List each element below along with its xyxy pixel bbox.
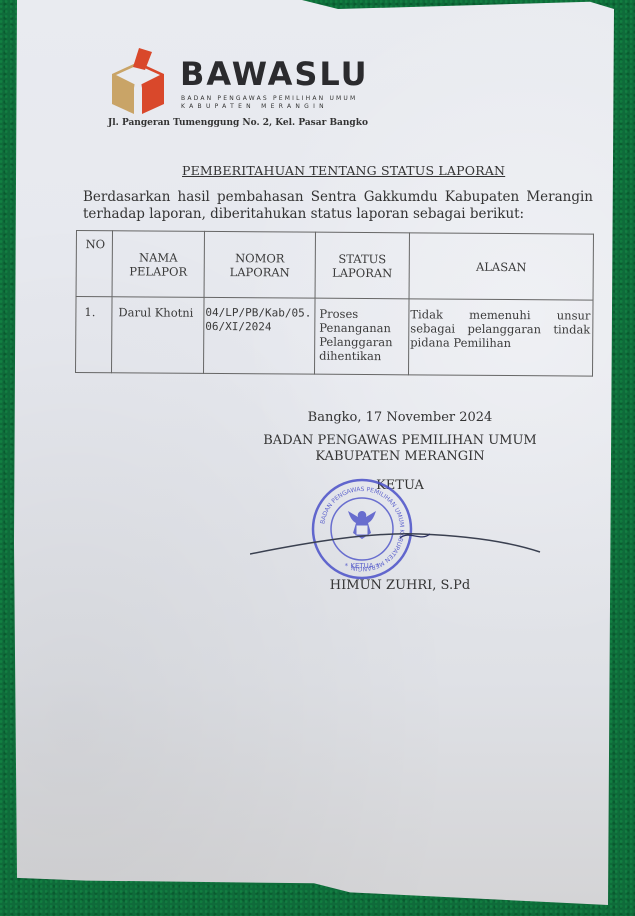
cell-nama-pelapor: Darul Khotni — [112, 297, 205, 374]
svg-text:* KETUA *: * KETUA * — [345, 562, 380, 570]
cell-no: 1. — [76, 297, 113, 373]
header-nomor-laporan: NOMOR LAPORAN — [204, 231, 315, 298]
header-no: NO — [76, 231, 112, 297]
brand-subtitle: BADAN PENGAWAS PEMILIHAN UMUM KABUPATEN … — [181, 95, 357, 111]
signatory-name: HIMUN ZUHRI, S.Pd — [300, 578, 500, 593]
header-nama-pelapor: NAMA PELAPOR — [112, 231, 204, 298]
org-line2: KABUPATEN MERANGIN — [250, 449, 550, 464]
table-row: 1. Darul Khotni 04/LP/PB/Kab/05.06/XI/20… — [76, 297, 594, 377]
report-status-table: NO NAMA PELAPOR NOMOR LAPORAN STATUS LAP… — [75, 230, 594, 377]
ballot-box-logo-icon — [108, 48, 168, 114]
brand-subtitle-line1: BADAN PENGAWAS PEMILIHAN UMUM — [181, 95, 357, 103]
document-title: PEMBERITAHUAN TENTANG STATUS LAPORAN — [182, 163, 505, 178]
cell-nomor-laporan: 04/LP/PB/Kab/05.06/XI/2024 — [204, 297, 316, 374]
handwritten-signature — [250, 520, 550, 560]
header-alasan: ALASAN — [409, 233, 593, 300]
intro-paragraph: Berdasarkan hasil pembahasan Sentra Gakk… — [83, 189, 593, 223]
cell-alasan: Tidak memenuhi unsur sebagai pelanggaran… — [408, 299, 593, 376]
office-address: Jl. Pangeran Tumenggung No. 2, Kel. Pasa… — [108, 118, 368, 128]
table-header-row: NO NAMA PELAPOR NOMOR LAPORAN STATUS LAP… — [76, 231, 593, 301]
brand-subtitle-line2: KABUPATEN MERANGIN — [181, 103, 357, 111]
cell-status-laporan: Proses Penanganan Pelanggaran dihentikan — [314, 298, 409, 375]
place-date: Bangko, 17 November 2024 — [300, 410, 500, 425]
brand-name: BAWASLU — [180, 58, 369, 90]
org-line1: BADAN PENGAWAS PEMILIHAN UMUM — [250, 433, 550, 448]
header-status-laporan: STATUS LAPORAN — [315, 232, 409, 299]
